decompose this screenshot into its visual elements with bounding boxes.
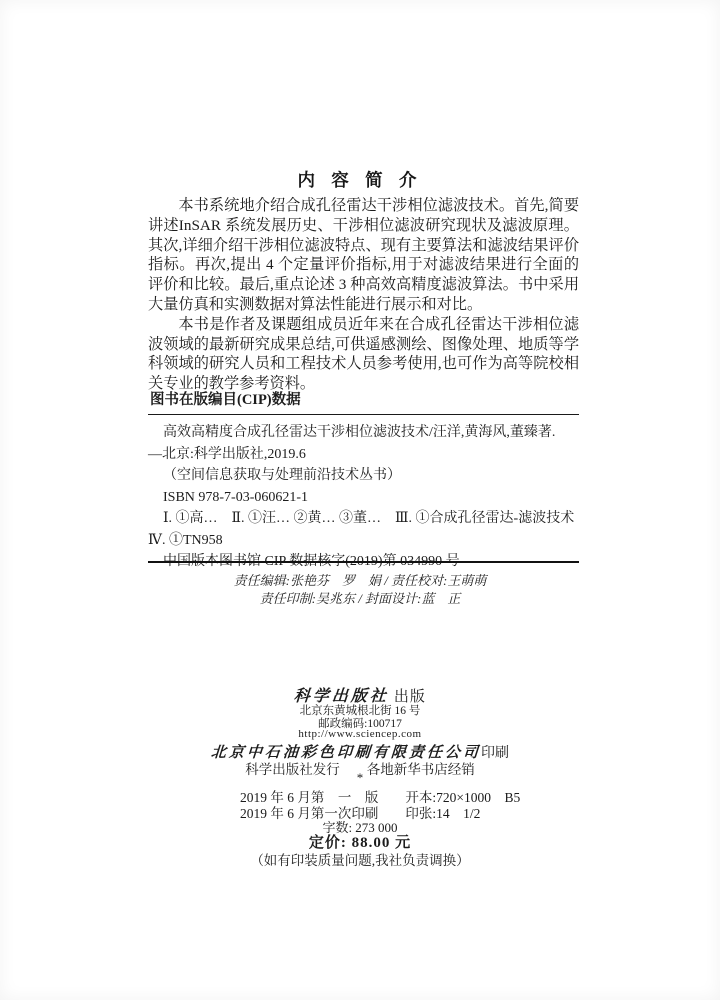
cip-book-title-line: 高效高精度合成孔径雷达干涉相位滤波技术/汪洋,黄海风,董臻著. (148, 422, 579, 444)
credits-editors-line: 责任编辑:张艳芬 罗 娟 / 责任校对:王萌萌 (0, 572, 720, 590)
publisher-website: http://www.sciencep.com (0, 728, 720, 740)
content-intro-body: 本书系统地介绍合成孔径雷达干涉相位滤波技术。首先,简要讲述InSAR 系统发展历… (148, 196, 579, 394)
cip-classification-line-2: Ⅳ. ①TN958 (148, 530, 579, 552)
cip-block: 图书在版编目(CIP)数据 高效高精度合成孔径雷达干涉相位滤波技术/汪洋,黄海风… (148, 388, 579, 573)
cip-header: 图书在版编目(CIP)数据 (148, 388, 579, 409)
intro-paragraph-2: 本书是作者及课题组成员近年来在合成孔径雷达干涉相位滤波领域的最新研究成果总结,可… (148, 315, 579, 394)
cip-publisher-line: —北京:科学出版社,2019.6 (148, 444, 579, 466)
cip-rule-thick (148, 561, 579, 563)
intro-paragraph-1: 本书系统地介绍合成孔径雷达干涉相位滤波技术。首先,简要讲述InSAR 系统发展历… (148, 196, 579, 315)
book-copyright-page: 内 容 简 介 本书系统地介绍合成孔径雷达干涉相位滤波技术。首先,简要讲述InS… (0, 0, 720, 1000)
editorial-credits: 责任编辑:张艳芬 罗 娟 / 责任校对:王萌萌 责任印制:吴兆东 / 封面设计:… (0, 572, 720, 607)
cip-classification-line-1: Ⅰ. ①高… Ⅱ. ①汪… ②黄… ③董… Ⅲ. ①合成孔径雷达-滤波技术 (148, 508, 579, 530)
cip-isbn-line: ISBN 978-7-03-060621-1 (148, 487, 579, 509)
credits-printing-design-line: 责任印制:吴兆东 / 封面设计:蓝 正 (0, 590, 720, 608)
cip-series-line: （空间信息获取与处理前沿技术丛书） (148, 465, 579, 487)
quality-note-line: （如有印装质量问题,我社负责调换） (0, 849, 720, 869)
cip-lines: 高效高精度合成孔径雷达干涉相位滤波技术/汪洋,黄海风,董臻著. —北京:科学出版… (148, 415, 579, 573)
divider-asterisk: * (0, 770, 720, 786)
content-intro-title: 内 容 简 介 (0, 167, 720, 192)
